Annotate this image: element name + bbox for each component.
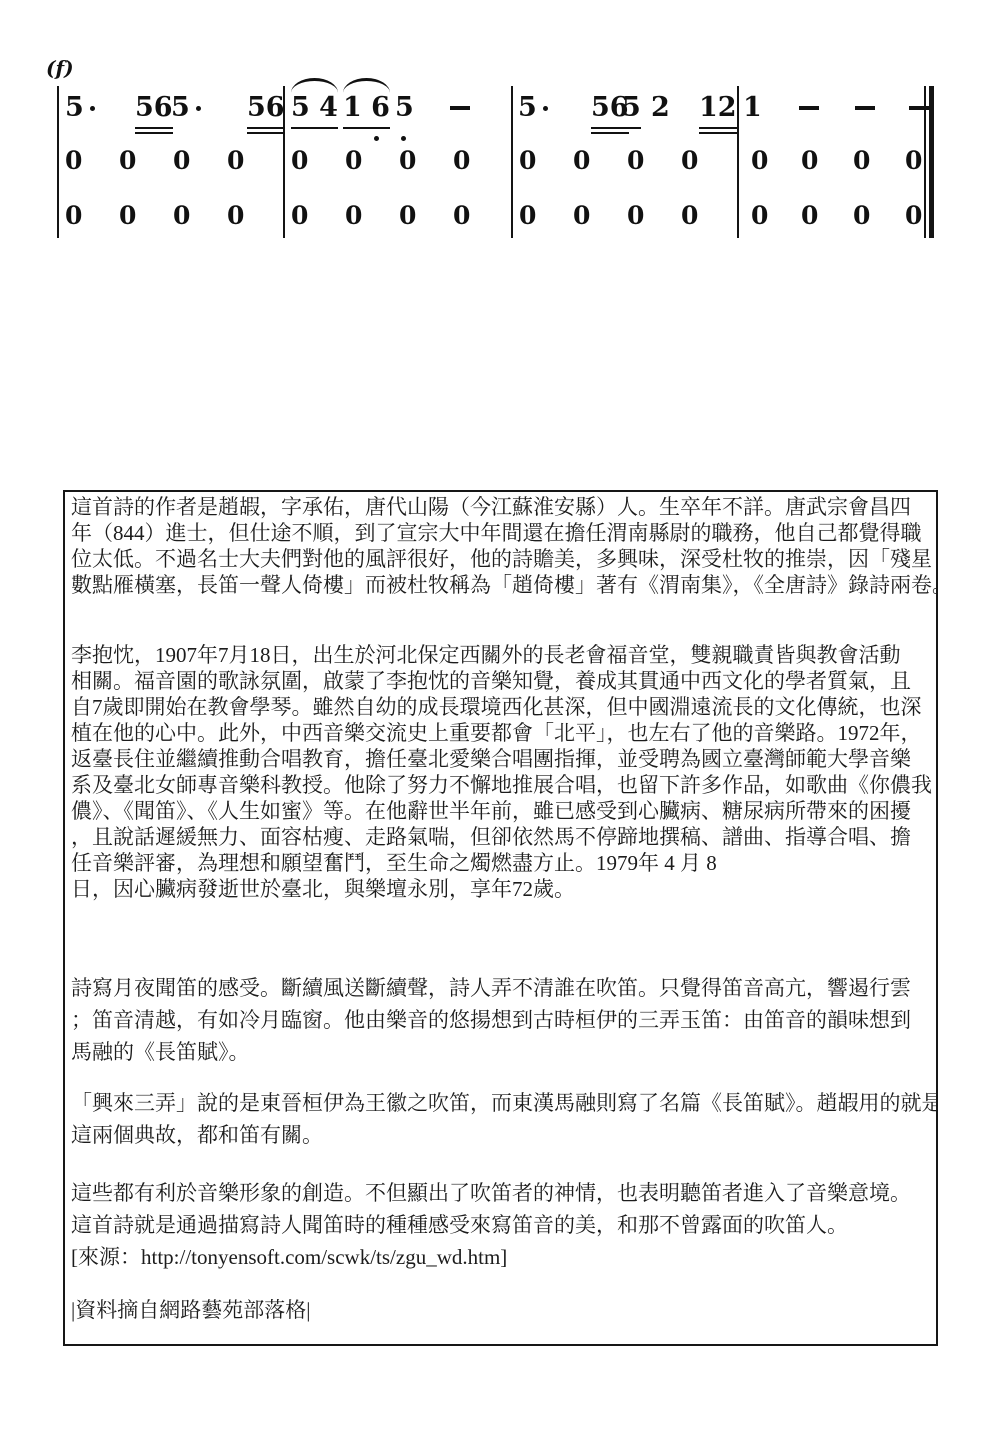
text-line: 這首詩的作者是趙嘏，字承佑，唐代山陽（今江蘇淮安縣）人。生卒年不詳。唐武宗會昌四 [71, 494, 930, 520]
note-number: 5 [622, 92, 641, 123]
text-line: 相關。福音園的歌詠氛圍，啟蒙了李抱忱的音樂知覺，養成其貫通中西文化的學者質氣，且 [71, 668, 930, 694]
underline-beam [591, 132, 629, 134]
rest-zero: 0 [399, 201, 416, 230]
underline-beam [247, 127, 285, 129]
sheet-page: (f) 5565565 41 6555652121000000000000000… [0, 0, 1000, 1433]
augmentation-dot [543, 106, 548, 111]
rest-zero: 0 [801, 201, 818, 230]
note-number: 5 [65, 92, 84, 123]
note-number: 5 4 [291, 92, 338, 123]
rest-zero: 0 [905, 201, 922, 230]
rest-zero: 0 [853, 201, 870, 230]
text-line: 任音樂評審，為理想和願望奮鬥，至生命之燭燃盡方止。1979年 4 月 8 [71, 850, 930, 876]
text-line: 李抱忱，1907年7月18日，出生於河北保定西關外的長老會福音堂，雙親職責皆與教… [71, 642, 930, 668]
rest-zero: 0 [751, 146, 768, 175]
rest-zero: 0 [345, 201, 362, 230]
paragraph: 這些都有利於音樂形象的創造。不但顯出了吹笛者的神情，也表明聽笛者進入了音樂意境。… [71, 1177, 930, 1273]
text-line: 儂》、《聞笛》、《人生如蜜》等。在他辭世半年前，雖已感受到心臟病、糖尿病所帶來的… [71, 798, 930, 824]
duration-dash [855, 106, 875, 110]
note-token: 12 [699, 92, 737, 128]
rest-zero: 0 [65, 201, 82, 230]
note-token: 5 [65, 92, 84, 128]
rest-zero: 0 [751, 201, 768, 230]
dynamic-marking: (f) [46, 56, 74, 80]
rest-zero: 0 [227, 146, 244, 175]
text-line: 這兩個典故，都和笛有關。 [71, 1119, 930, 1151]
text-line: 「興來三弄」說的是東晉桓伊為王徽之吹笛，而東漢馬融則寫了名篇《長笛賦》。趙嘏用的… [71, 1087, 930, 1119]
rest-zero: 0 [173, 201, 190, 230]
note-token [450, 92, 470, 128]
barline [57, 86, 59, 238]
paragraph: 詩寫月夜聞笛的感受。斷續風送斷續聲，詩人弄不清誰在吹笛。只覺得笛音高亢，響遏行雲… [71, 972, 930, 1068]
rest-zero: 0 [519, 146, 536, 175]
text-line: 返臺長住並繼續推動合唱教育，擔任臺北愛樂合唱團指揮，並受聘為國立臺灣師範大學音樂 [71, 746, 930, 772]
slur-arc [291, 78, 338, 93]
rest-zero: 0 [681, 201, 698, 230]
note-token [799, 92, 819, 128]
rest-zero: 0 [853, 146, 870, 175]
article-box: 這首詩的作者是趙嘏，字承佑，唐代山陽（今江蘇淮安縣）人。生卒年不詳。唐武宗會昌四… [63, 490, 938, 1346]
rest-zero: 0 [627, 201, 644, 230]
note-token: 1 [743, 92, 762, 128]
note-number: 5 [518, 92, 537, 123]
text-line: 馬融的《長笛賦》。 [71, 1036, 930, 1068]
rest-zero: 0 [291, 201, 308, 230]
paragraph: 這首詩的作者是趙嘏，字承佑，唐代山陽（今江蘇淮安縣）人。生卒年不詳。唐武宗會昌四… [71, 494, 930, 598]
duration-dash [799, 106, 819, 110]
rest-zero: 0 [227, 201, 244, 230]
augmentation-dot [90, 106, 95, 111]
note-token: 5 4 [291, 92, 338, 128]
octave-dot [401, 136, 406, 141]
rest-zero: 0 [119, 201, 136, 230]
note-token: 1 6 [343, 92, 390, 128]
note-token [909, 92, 929, 128]
note-token: 5 [171, 92, 190, 128]
rest-zero: 0 [627, 146, 644, 175]
text-line: 系及臺北女師專音樂科教授。他除了努力不懈地推展合唱，也留下許多作品，如歌曲《你儂… [71, 772, 930, 798]
rest-zero: 0 [291, 146, 308, 175]
text-line: 植在他的心中。此外，中西音樂交流史上重要都會「北平」，也左右了他的音樂路。197… [71, 720, 930, 746]
note-token: 56 [247, 92, 285, 128]
text-line: 自7歲即開始在教會學琴。雖然自幼的成長環境西化甚深，但中國淵遠流長的文化傳統，也… [71, 694, 930, 720]
rest-zero: 0 [453, 146, 470, 175]
rest-zero: 0 [519, 201, 536, 230]
text-line: |資料摘自網路藝苑部落格| [71, 1297, 930, 1323]
text-line: 位太低。不過名士大夫們對他的風評很好，他的詩贍美，多興味，深受杜牧的推崇，因「殘… [71, 546, 930, 572]
score-system: (f) 5565565 41 6555652121000000000000000… [0, 0, 1000, 270]
note-number: 1 6 [343, 92, 390, 123]
underline-beam [622, 127, 641, 129]
text-line: ；笛音清越，有如冷月臨窗。他由樂音的悠揚想到古時桓伊的三弄玉笛：由笛音的韻味想到 [71, 1004, 930, 1036]
note-number: 12 [699, 92, 737, 123]
underline-beam [699, 132, 737, 134]
barline [737, 86, 739, 238]
note-token: 5 [518, 92, 537, 128]
barline [511, 86, 513, 238]
augmentation-dot [196, 106, 201, 111]
note-number: 56 [135, 92, 173, 123]
underline-beam [343, 127, 390, 129]
rest-zero: 0 [573, 146, 590, 175]
note-token: 5 [622, 92, 641, 128]
rest-zero: 0 [453, 201, 470, 230]
note-number: 5 [171, 92, 190, 123]
text-line: 這首詩就是通過描寫詩人聞笛時的種種感受來寫笛音的美，和那不曾露面的吹笛人。 [71, 1209, 930, 1241]
note-number: 1 [743, 92, 762, 123]
text-line: 數點雁橫塞，長笛一聲人倚樓」而被杜牧稱為「趙倚樓」著有《渭南集》，《全唐詩》錄詩… [71, 572, 930, 598]
note-number: 5 [395, 92, 414, 123]
underline-beam [699, 127, 737, 129]
paragraph: 李抱忱，1907年7月18日，出生於河北保定西關外的長老會福音堂，雙親職責皆與教… [71, 642, 930, 902]
rest-zero: 0 [681, 146, 698, 175]
rest-zero: 0 [801, 146, 818, 175]
text-line: [來源：http://tonyensoft.com/scwk/ts/zgu_wd… [71, 1241, 930, 1273]
underline-beam [291, 127, 338, 129]
note-token: 2 [651, 92, 670, 128]
rest-zero: 0 [573, 201, 590, 230]
paragraph: 「興來三弄」說的是東晉桓伊為王徽之吹笛，而東漢馬融則寫了名篇《長笛賦》。趙嘏用的… [71, 1087, 930, 1151]
duration-dash [909, 106, 929, 110]
rest-zero: 0 [119, 146, 136, 175]
underline-beam [135, 132, 173, 134]
text-line: 年（844）進士，但仕途不順，到了宣宗大中年間還在擔任渭南縣尉的職務，他自己都覺… [71, 520, 930, 546]
text-line: 這些都有利於音樂形象的創造。不但顯出了吹笛者的神情，也表明聽笛者進入了音樂意境。 [71, 1177, 930, 1209]
octave-dot [374, 136, 379, 141]
text-line: 詩寫月夜聞笛的感受。斷續風送斷續聲，詩人弄不清誰在吹笛。只覺得笛音高亢，響遏行雲 [71, 972, 930, 1004]
note-token: 5 [395, 92, 414, 128]
underline-beam [135, 127, 173, 129]
note-number: 2 [651, 92, 670, 123]
text-line: 日，因心臟病發逝世於臺北，與樂壇永別，享年72歲。 [71, 876, 930, 902]
note-token: 56 [135, 92, 173, 128]
duration-dash [450, 106, 470, 110]
note-number: 56 [247, 92, 285, 123]
slur-arc [343, 78, 390, 93]
text-line: ，且說話遲緩無力、面容枯瘦、走路氣喘，但卻依然馬不停蹄地撰稿、譜曲、指導合唱、擔 [71, 824, 930, 850]
rest-zero: 0 [345, 146, 362, 175]
underline-beam [247, 132, 285, 134]
rest-zero: 0 [173, 146, 190, 175]
final-barline-thick [929, 86, 934, 238]
note-token [855, 92, 875, 128]
rest-zero: 0 [905, 146, 922, 175]
rest-zero: 0 [399, 146, 416, 175]
paragraph: |資料摘自網路藝苑部落格| [71, 1297, 930, 1323]
rest-zero: 0 [65, 146, 82, 175]
